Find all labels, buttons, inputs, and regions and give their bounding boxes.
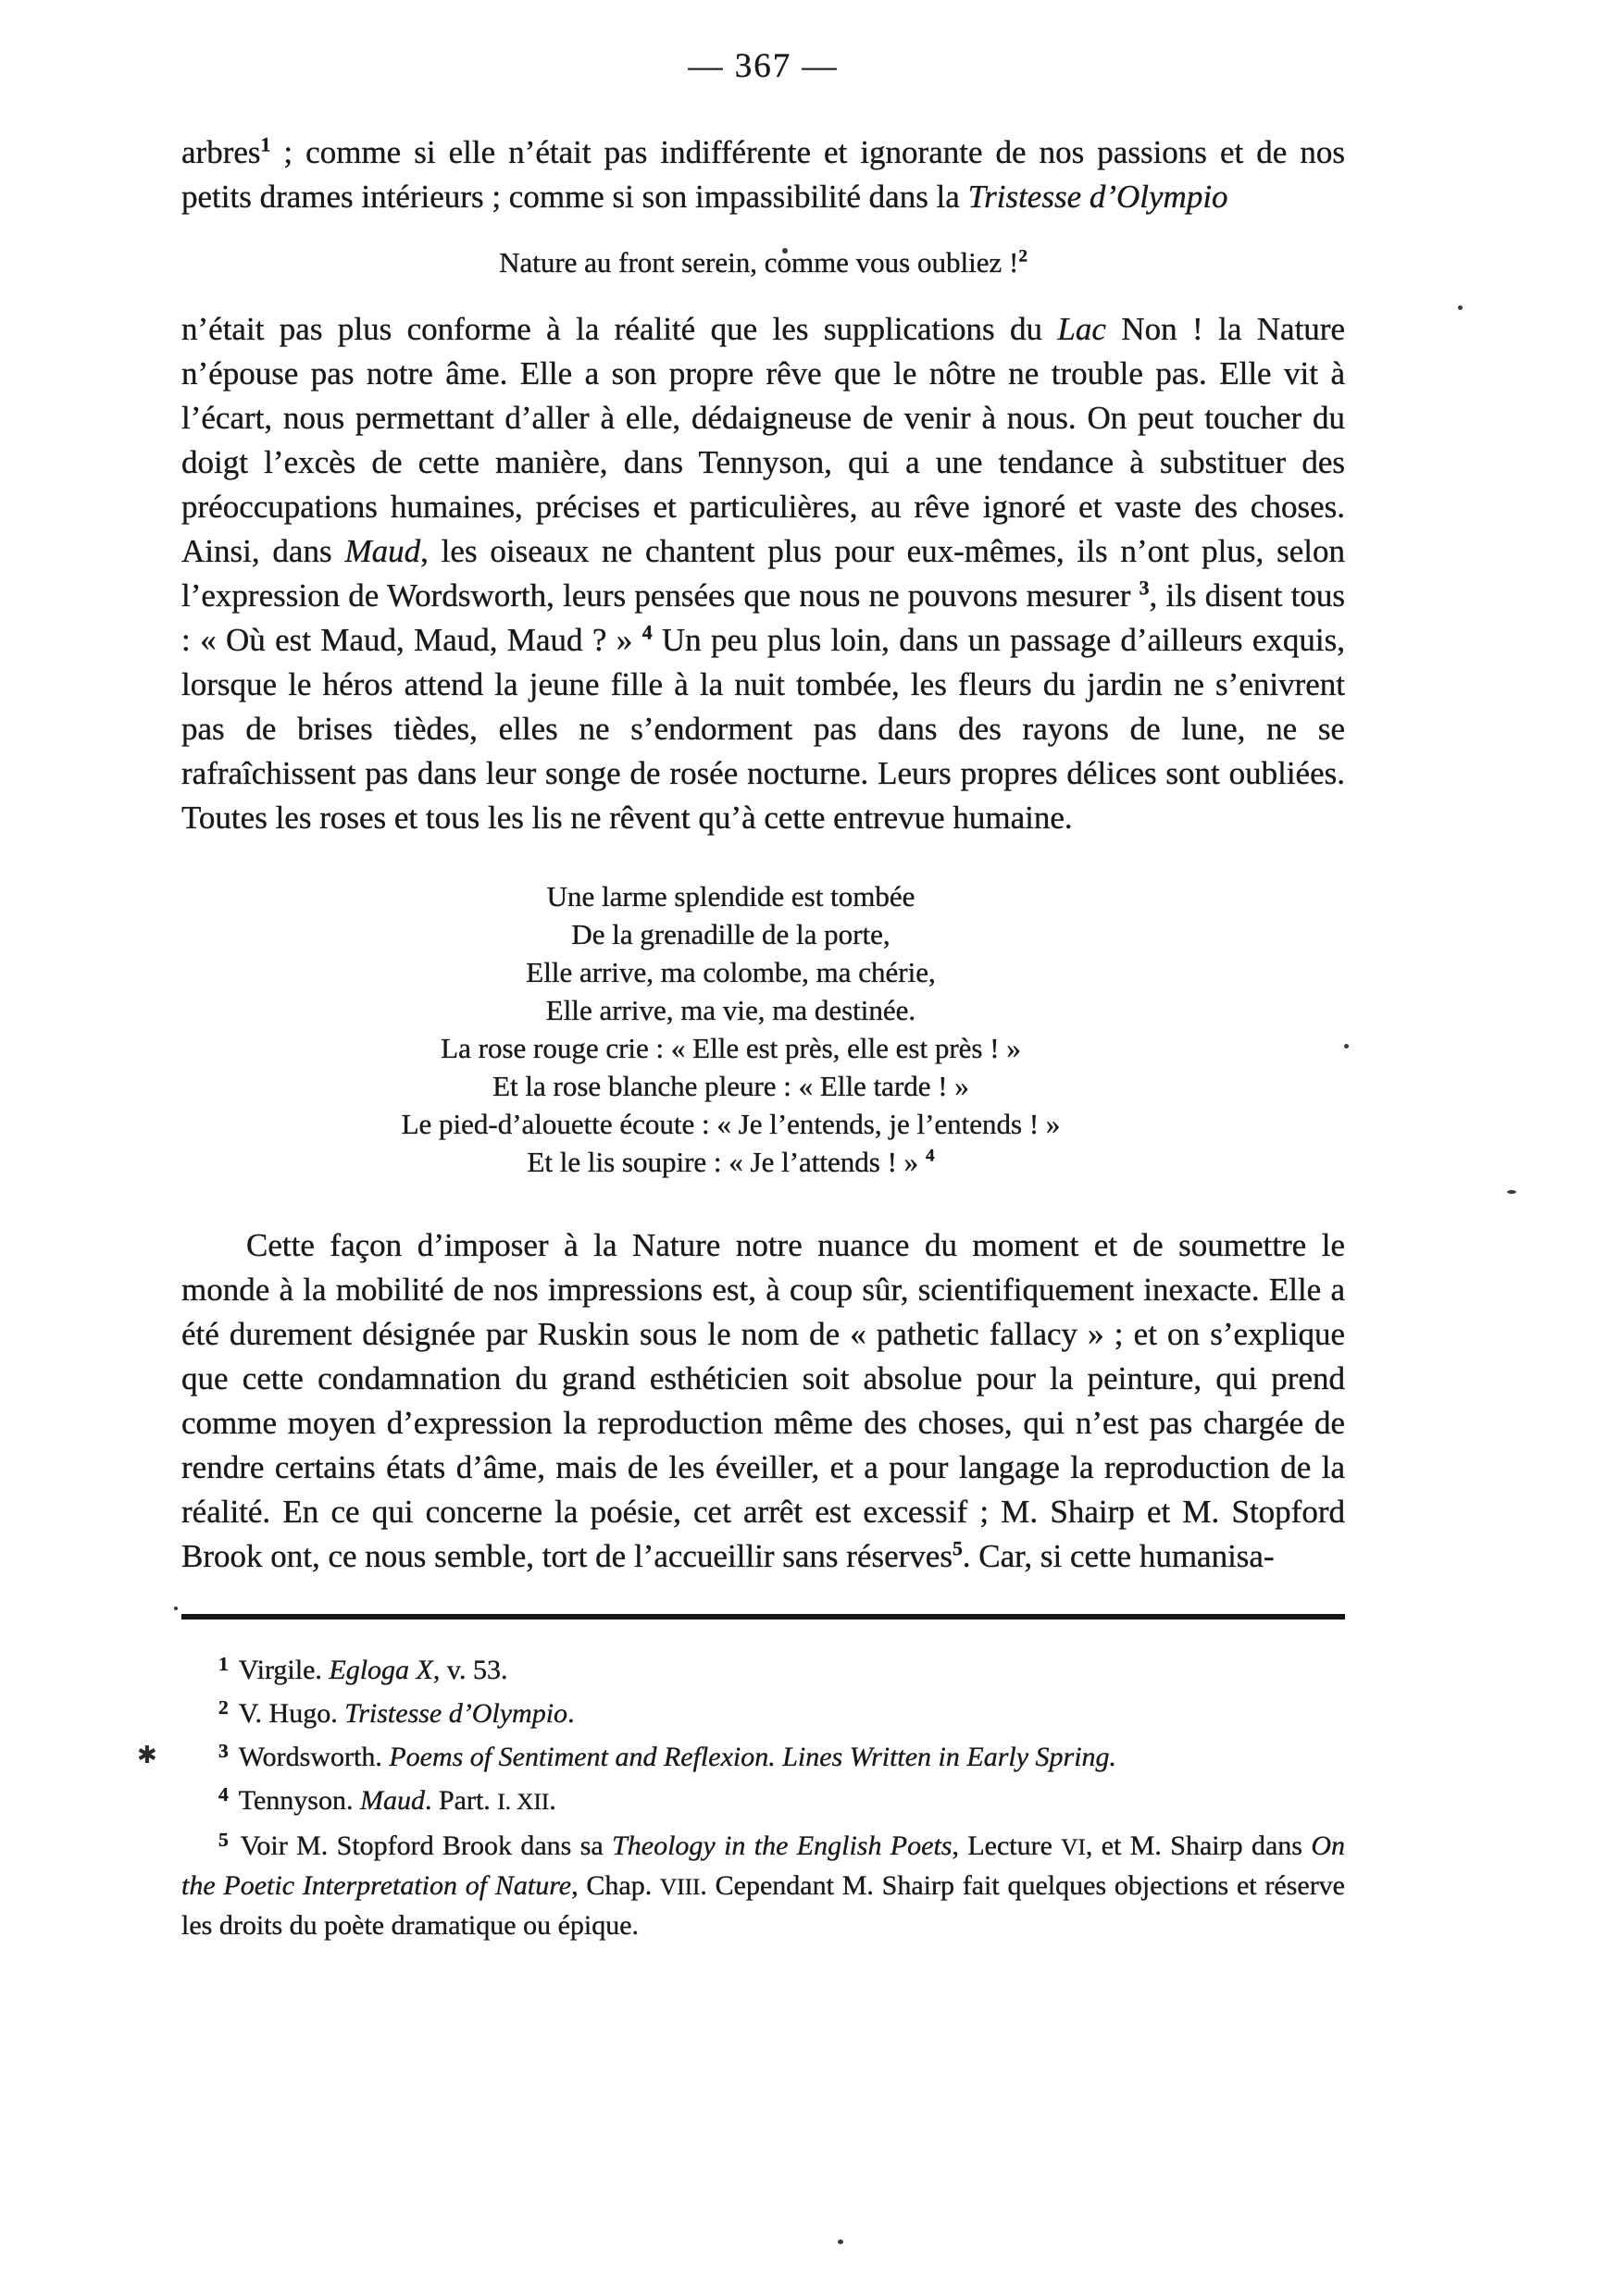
text-segment: n’était pas plus conforme à la réalité q… — [181, 311, 1057, 347]
footnote-reference: 4 — [642, 621, 653, 643]
footnotes: 1 Virgile. Egloga X, v. 53.2 V. Hugo. Tr… — [181, 1645, 1345, 1944]
footnote-reference: 2 — [1018, 247, 1027, 267]
footnote-reference: 4 — [218, 1783, 232, 1806]
verse-line: Nature au front serein, comme vous oubli… — [181, 243, 1345, 281]
footnote-reference: 4 — [926, 1147, 935, 1166]
text-segment: , et M. Shairp dans — [1086, 1831, 1311, 1861]
text-segment: Et le lis soupire : « Je l’attends ! » — [527, 1146, 925, 1178]
text-body: arbres1 ; comme si elle n’était pas indi… — [181, 130, 1345, 1579]
text-segment: Egloga X — [329, 1655, 433, 1685]
text-segment: Maud — [360, 1785, 425, 1816]
text-segment: VI — [1061, 1835, 1086, 1860]
footnote-reference: 3 — [218, 1740, 232, 1762]
scan-speck — [174, 1607, 178, 1610]
text-segment: Tristesse d’Olympio — [344, 1698, 567, 1729]
text-segment: Tristesse d’Olympio — [968, 179, 1228, 215]
verse-line: Et la rose blanche pleure : « Elle tarde… — [181, 1067, 1280, 1105]
scan-speck — [1507, 1190, 1516, 1194]
footnote-reference: 3 — [1140, 577, 1150, 599]
text-segment: . — [567, 1698, 575, 1729]
verse-line: De la grenadille de la porte, — [181, 915, 1280, 953]
text-segment: Cette façon d’imposer à la Nature notre … — [181, 1227, 1345, 1574]
footnote-rule — [181, 1614, 1345, 1620]
verse-line: Elle arrive, ma colombe, ma chérie, — [181, 953, 1280, 991]
paragraph: Cette façon d’imposer à la Nature notre … — [181, 1223, 1345, 1579]
text-segment: VIII — [660, 1875, 700, 1900]
footnote-item: 3 Wordsworth. Poems of Sentiment and Ref… — [181, 1732, 1345, 1776]
footnote-item: 5 Voir M. Stopford Brook dans sa Theolog… — [181, 1821, 1345, 1944]
margin-mark: ✱ — [137, 1742, 157, 1769]
footnote-reference: 5 — [218, 1829, 232, 1851]
verse-line: La rose rouge crie : « Elle est près, el… — [181, 1029, 1280, 1067]
verse-line: Le pied-d’alouette écoute : « Je l’enten… — [181, 1105, 1280, 1143]
footnote-item: 4 Tennyson. Maud. Part. I. XII. — [181, 1776, 1345, 1821]
footnote-reference: 1 — [261, 133, 271, 155]
scan-speck — [782, 248, 788, 254]
text-segment: De la grenadille de la porte, — [571, 918, 890, 950]
text-segment: arbres — [181, 134, 261, 170]
verse-line: Une larme splendide est tombée — [181, 877, 1280, 915]
text-segment: Et la rose blanche pleure : « Elle tarde… — [492, 1070, 969, 1102]
text-segment: Theology in the English Poets — [612, 1831, 952, 1861]
footnote-item: 2 V. Hugo. Tristesse d’Olympio. — [181, 1689, 1345, 1732]
text-segment: Non ! la Nature n’épouse pas notre âme. … — [181, 311, 1345, 569]
text-segment: . — [549, 1785, 556, 1816]
text-segment: . Part. — [425, 1785, 497, 1816]
text-segment: Voir M. Stopford Brook dans sa — [232, 1831, 612, 1861]
text-segment: Lac — [1057, 311, 1106, 347]
scan-speck — [1344, 1044, 1349, 1049]
paragraph: n’était pas plus conforme à la réalité q… — [181, 307, 1345, 840]
scan-speck — [838, 2240, 843, 2244]
scan-speck — [1458, 305, 1463, 310]
text-segment: Virgile. — [232, 1655, 330, 1685]
text-segment: Elle arrive, ma colombe, ma chérie, — [526, 956, 935, 988]
footnote-reference: 5 — [953, 1537, 963, 1559]
text-segment: La rose rouge crie : « Elle est près, el… — [441, 1032, 1021, 1064]
verse-block: Nature au front serein, comme vous oubli… — [181, 243, 1345, 281]
text-segment: , Lecture — [952, 1831, 1061, 1861]
page-number: — 367 — — [181, 46, 1345, 86]
footnote-reference: 1 — [218, 1653, 232, 1675]
verse-block: Une larme splendide est tombéeDe la gren… — [181, 877, 1345, 1181]
text-segment: Maud — [344, 533, 420, 569]
text-segment: Tennyson. — [232, 1785, 360, 1816]
text-segment: Wordsworth. — [232, 1742, 390, 1772]
text-segment: V. Hugo. — [232, 1698, 344, 1729]
footnote-reference: 2 — [218, 1696, 232, 1719]
text-segment: Une larme splendide est tombée — [547, 880, 915, 912]
scanned-book-page: — 367 — arbres1 ; comme si elle n’était … — [0, 0, 1619, 2296]
text-segment: Poems of Sentiment and Reflexion. Lines … — [389, 1742, 1116, 1772]
text-segment: Le pied-d’alouette écoute : « Je l’enten… — [402, 1108, 1061, 1140]
text-segment: Nature au front serein, comme vous oubli… — [499, 246, 1018, 279]
verse-line: Et le lis soupire : « Je l’attends ! » 4 — [181, 1143, 1280, 1181]
verse-line: Elle arrive, ma vie, ma destinée. — [181, 991, 1280, 1029]
footnote-item: 1 Virgile. Egloga X, v. 53. — [181, 1645, 1345, 1689]
paragraph: arbres1 ; comme si elle n’était pas indi… — [181, 130, 1345, 219]
text-segment: . Car, si cette humanisa- — [963, 1538, 1275, 1574]
text-segment: , Chap. — [571, 1870, 660, 1901]
text-segment: I. XII — [497, 1790, 549, 1815]
text-segment: , v. 53. — [433, 1655, 508, 1685]
text-segment: Elle arrive, ma vie, ma destinée. — [546, 994, 915, 1026]
